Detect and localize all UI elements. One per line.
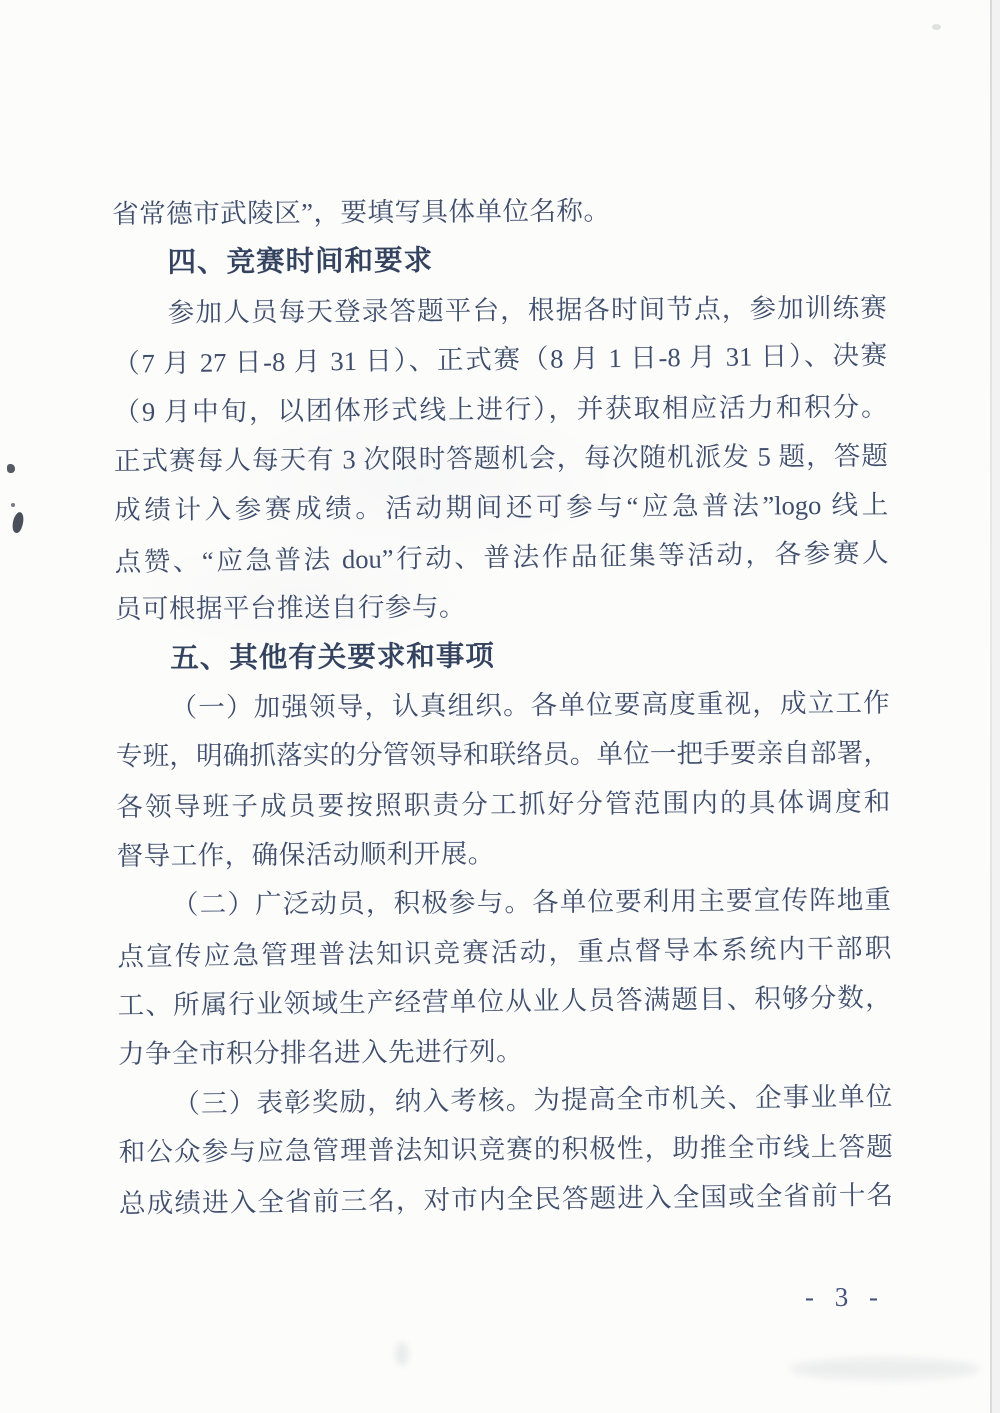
text-line: （9 月中旬，以团体形式线上进行），并获取相应活力和积分。	[113, 382, 887, 437]
scan-edge-strip	[992, 0, 1000, 1413]
text-line: 成绩计入参赛成绩。活动期间还可参与“应急普法”logo 线上	[114, 481, 888, 536]
scanned-document-page: 省常德市武陵区”，要填写具体单位名称。四、竞赛时间和要求参加人员每天登录答题平台…	[0, 0, 1000, 1413]
text-line: 省常德市武陵区”，要填写具体单位名称。	[112, 185, 886, 240]
document-body: 省常德市武陵区”，要填写具体单位名称。四、竞赛时间和要求参加人员每天登录答题平台…	[112, 185, 893, 1228]
text-line: （一）加强领导，认真组织。各单位要高度重视，成立工作	[115, 678, 889, 733]
page-number: - 3 -	[795, 1280, 895, 1314]
ink-speck	[7, 464, 15, 473]
ink-speck	[11, 511, 26, 534]
scan-edge-line	[990, 0, 992, 1413]
text-line: 总成绩进入全省前三名，对市内全民答题进入全国或全省前十名	[119, 1171, 894, 1229]
text-line: 和公众参与应急管理普法知识竞赛的积极性，助推全市线上答题	[119, 1123, 893, 1178]
text-line: 专班，明确抓落实的分管领导和联络员。单位一把手要亲自部署，	[116, 729, 890, 782]
text-line: （二）广泛动员，积极参与。各单位要利用主要宣传阵地重	[117, 876, 891, 931]
text-line: 督导工作，确保活动顺利开展。	[116, 827, 890, 882]
text-line: 力争全市积分排名进入先进行列。	[118, 1024, 892, 1079]
text-line: 正式赛每人每天有 3 次限时答题机会，每次随机派发 5 题，答题	[114, 432, 888, 487]
text-line: 点宣传应急管理普法知识竞赛活动，重点督导本系统内干部职	[117, 924, 892, 982]
scan-smudge	[790, 1358, 980, 1380]
section-heading: 五、其他有关要求和事项	[115, 629, 889, 684]
text-line: 员可根据平台推送自行参与。	[115, 580, 889, 635]
text-line: 点赞、“应急普法 dou”行动、普法作品征集等活动，各参赛人	[114, 528, 889, 587]
ink-speck	[11, 503, 15, 507]
section-heading: 四、竞赛时间和要求	[112, 234, 886, 289]
scan-artifact-mark	[932, 24, 941, 30]
text-line: 参加人员每天登录答题平台，根据各时间节点，参加训练赛	[113, 283, 887, 338]
text-line: 工、所属行业领域生产经营单位从业人员答满题目、积够分数，	[117, 973, 891, 1030]
text-line: 各领导班子成员要按照职责分工抓好分管范围内的具体调度和	[116, 777, 890, 832]
scan-smudge	[395, 1342, 409, 1366]
text-line: （7 月 27 日-8 月 31 日）、正式赛（8 月 1 日-8 月 31 日…	[113, 331, 888, 389]
text-line: （三）表彰奖励，纳入考核。为提高全市机关、企事业单位	[118, 1072, 892, 1129]
